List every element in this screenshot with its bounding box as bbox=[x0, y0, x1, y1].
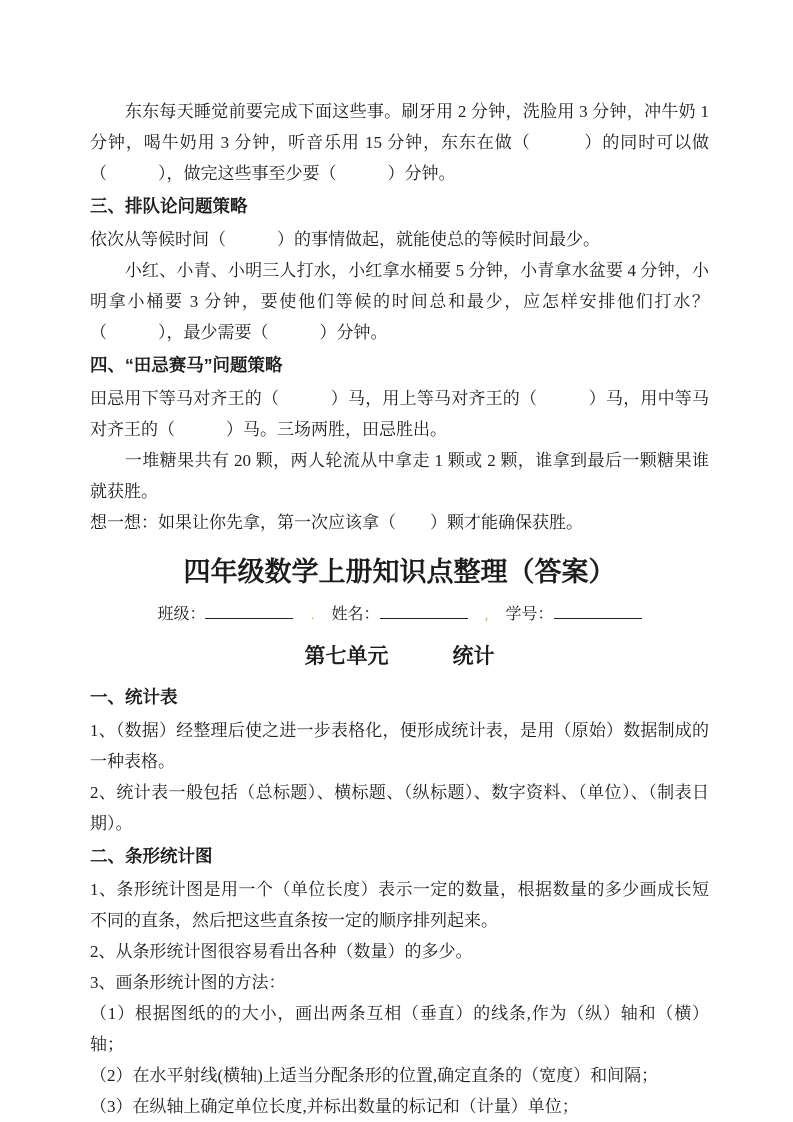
class-blank-line bbox=[205, 602, 293, 619]
paragraph-bar-chart-step-3: （3）在纵轴上确定单位长度,并标出数量的标记和（计量）单位； bbox=[90, 1091, 709, 1122]
name-field: 姓名： bbox=[331, 600, 467, 630]
section-heading-queueing-strategy: 三、排队论问题策略 bbox=[90, 191, 709, 222]
name-blank-line bbox=[380, 602, 468, 619]
id-field: 学号： bbox=[506, 600, 642, 630]
page-title: 四年级数学上册知识点整理（答案） bbox=[90, 550, 709, 594]
id-label: 学号： bbox=[506, 606, 554, 623]
section-heading-statistics-table: 一、统计表 bbox=[90, 682, 709, 713]
class-field: 班级： bbox=[157, 600, 293, 630]
paragraph-bar-chart-step-2: （2）在水平射线(横轴)上适当分配条形的位置,确定直条的（宽度）和间隔； bbox=[90, 1060, 709, 1091]
unit-heading: 第七单元统计 bbox=[90, 636, 709, 678]
separator-dot: . bbox=[293, 600, 331, 630]
paragraph-stats-table-1: 1、（数据）经整理后使之进一步表格化，便形成统计表，是用（原始）数据制成的一种表… bbox=[90, 715, 709, 777]
separator-comma: , bbox=[468, 600, 506, 630]
paragraph-tianji-horses: 田忌用下等马对齐王的（ ）马，用上等马对齐王的（ ）马，用中等马对齐王的（ ）马… bbox=[90, 383, 709, 445]
unit-topic: 统计 bbox=[453, 645, 495, 668]
id-blank-line bbox=[554, 602, 642, 619]
document-content: 东东每天睡觉前要完成下面这些事。刷牙用 2 分钟，洗脸用 3 分钟，冲牛奶 1 … bbox=[0, 0, 793, 1122]
paragraph-water-fetching-problem: 小红、小青、小明三人打水，小红拿水桶要 5 分钟，小青拿水盆要 4 分钟，小明拿… bbox=[90, 255, 709, 348]
paragraph-candy-game: 一堆糖果共有 20 颗，两人轮流从中拿走 1 颗或 2 颗，谁拿到最后一颗糖果谁… bbox=[90, 445, 709, 507]
paragraph-bar-chart-step-1: （1）根据图纸的的大小，画出两条互相（垂直）的线条,作为（纵）轴和（横）轴； bbox=[90, 998, 709, 1060]
class-label: 班级： bbox=[157, 606, 205, 623]
paragraph-candy-think: 想一想：如果让你先拿，第一次应该拿（ ）颗才能确保获胜。 bbox=[90, 507, 709, 538]
paragraph-dongdong-schedule: 东东每天睡觉前要完成下面这些事。刷牙用 2 分钟，洗脸用 3 分钟，冲牛奶 1 … bbox=[90, 96, 709, 189]
paragraph-bar-chart-2: 2、从条形统计图很容易看出各种（数量）的多少。 bbox=[90, 936, 709, 967]
section-heading-bar-chart: 二、条形统计图 bbox=[90, 841, 709, 872]
document-page: 东东每天睡觉前要完成下面这些事。刷牙用 2 分钟，洗脸用 3 分钟，冲牛奶 1 … bbox=[0, 0, 793, 1122]
paragraph-stats-table-2: 2、统计表一般包括（总标题）、横标题、（纵标题）、数字资料、（单位）、（制表日期… bbox=[90, 777, 709, 839]
unit-number: 第七单元 bbox=[305, 645, 389, 668]
student-info-line: 班级： . 姓名： , 学号： bbox=[90, 600, 709, 630]
paragraph-bar-chart-1: 1、条形统计图是用一个（单位长度）表示一定的数量，根据数量的多少画成长短不同的直… bbox=[90, 874, 709, 936]
paragraph-bar-chart-3: 3、画条形统计图的方法： bbox=[90, 967, 709, 998]
section-heading-horse-racing-strategy: 四、“田忌赛马”问题策略 bbox=[90, 350, 709, 381]
paragraph-queueing-rule: 依次从等候时间（ ）的事情做起，就能使总的等候时间最少。 bbox=[90, 224, 709, 255]
name-label: 姓名： bbox=[331, 606, 379, 623]
